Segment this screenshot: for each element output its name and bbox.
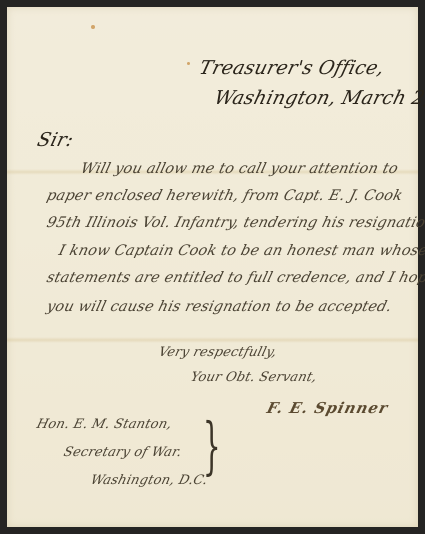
addressee-brace: } — [203, 415, 221, 477]
letter-page: Treasurer's Office, Washington, March 2,… — [7, 7, 418, 527]
fold-line — [7, 337, 418, 343]
addressee-title: Secretary of War. — [62, 445, 183, 460]
body-line-1: Will you allow me to call your attention… — [79, 161, 400, 177]
paper-stain — [91, 25, 95, 29]
addressee-name: Hon. E. M. Stanton, — [35, 417, 173, 432]
letterhead-place-date: Washington, March 2, 1863. — [212, 87, 425, 109]
body-line-5: statements are entitled to full credence… — [45, 270, 425, 286]
salutation: Sir: — [35, 129, 76, 151]
body-line-6: you will cause his resignation to be acc… — [45, 299, 393, 315]
paper-stain — [187, 62, 190, 65]
body-line-3: 95th Illinois Vol. Infantry, tendering h… — [45, 215, 425, 231]
closing-line-2: Your Obt. Servant, — [189, 370, 318, 385]
body-line-4: I know Captain Cook to be an honest man … — [57, 243, 425, 259]
body-line-2: paper enclosed herewith, from Capt. E. J… — [45, 188, 404, 204]
signature: F. E. Spinner — [265, 399, 390, 417]
closing-line-1: Very respectfully, — [157, 345, 278, 360]
addressee-city: Washington, D.C. — [89, 473, 209, 488]
letterhead-office: Treasurer's Office, — [197, 57, 387, 79]
